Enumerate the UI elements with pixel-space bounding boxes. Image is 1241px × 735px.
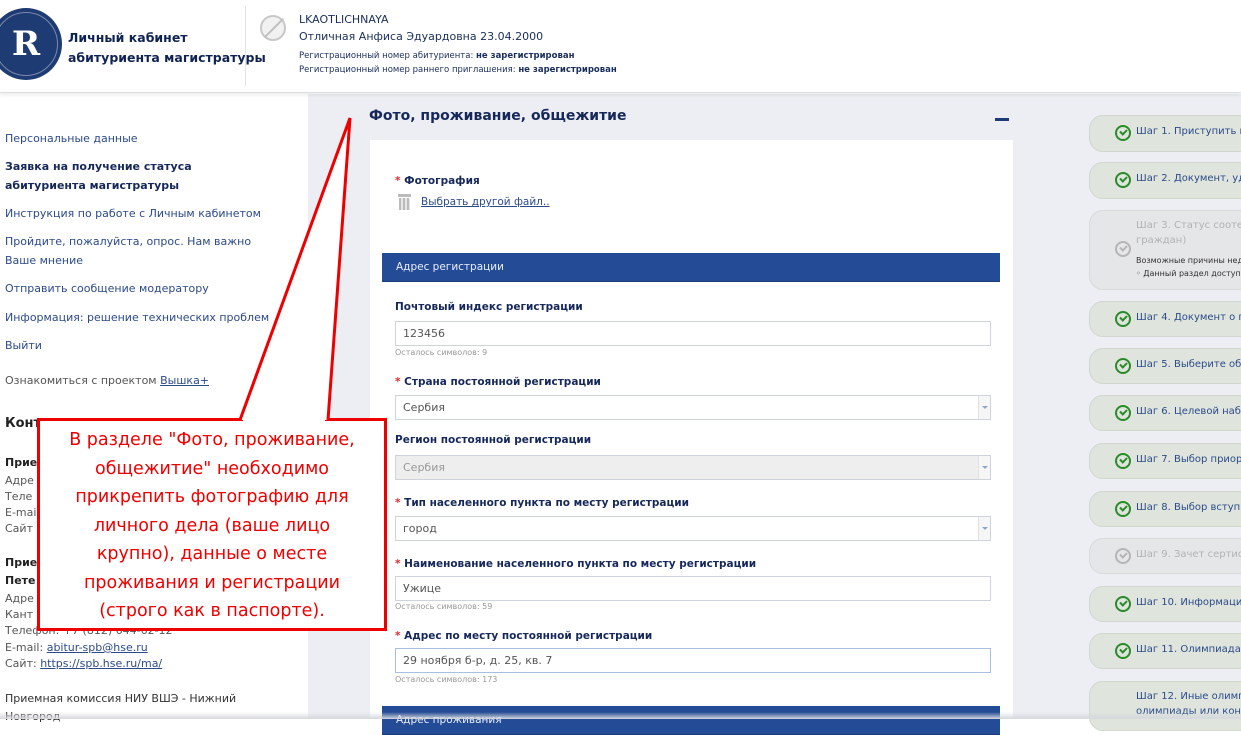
step-label-2: граждан) [1136, 235, 1186, 246]
photo-label: * Фотография [395, 175, 480, 187]
step-label: Шаг 3. Статус соотече [1136, 220, 1241, 231]
address-hint: Осталось символов: 173 [395, 675, 497, 684]
early-reg-value: не зарегистрирован [518, 65, 616, 75]
section-title[interactable]: Фото, проживание, общежитие [369, 108, 626, 124]
step-5[interactable]: Шаг 5. Выберите обра [1089, 348, 1241, 384]
required-mark: * [395, 630, 401, 642]
step-label: Шаг 5. Выберите обра [1136, 359, 1241, 370]
bottom-edge [0, 712, 1241, 719]
reg-number-label: Регистрационный номер абитуриента: [299, 51, 473, 61]
settlement-name-value: Ужице [403, 582, 441, 595]
header: R Личный кабинет абитуриента магистратур… [0, 0, 1241, 93]
contact-line: Кант [5, 608, 33, 621]
callout-line: проживания и регистрации [40, 569, 384, 598]
settlement-type-value: город [403, 522, 437, 535]
step-label: Шаг 9. Зачет сертифик [1136, 549, 1241, 560]
step-8[interactable]: Шаг 8. Выбор вступите [1089, 491, 1241, 527]
brand-title: Личный кабинет абитуриента магистратуры [68, 28, 266, 68]
step-10[interactable]: Шаг 10. Информация о [1089, 586, 1241, 622]
early-reg-label: Регистрационный номер раннего приглашени… [299, 65, 516, 75]
settlement-type-select[interactable]: город [395, 516, 991, 541]
postal-input[interactable]: 123456 [395, 321, 991, 346]
check-circle-icon [1115, 358, 1131, 374]
step-label: Шаг 2. Документ, удос [1136, 173, 1241, 184]
sidebar-item-instructions[interactable]: Инструкция по работе с Личным кабинетом [5, 204, 275, 223]
brand-line-1: Личный кабинет [68, 28, 266, 48]
header-divider [245, 6, 246, 86]
check-circle-icon [1115, 548, 1131, 564]
region-label: Регион постоянной регистрации [395, 434, 591, 446]
postal-value: 123456 [403, 327, 445, 340]
spb-site: Сайт: https://spb.hse.ru/ma/ [5, 657, 162, 670]
address-label: * Адрес по месту постоянной регистрации [395, 630, 652, 642]
sidebar-item-personal-data[interactable]: Персональные данные [5, 129, 275, 148]
country-select[interactable]: Сербия [395, 395, 991, 420]
spb-site-label: Сайт: [5, 657, 37, 670]
step-4[interactable]: Шаг 4. Документ о пр [1089, 301, 1241, 337]
contact-line: Пете [5, 574, 36, 587]
check-circle-icon [1115, 501, 1131, 517]
choose-file-link[interactable]: Выбрать другой файл.. [421, 196, 550, 208]
trash-lid [398, 194, 411, 197]
registration-address-band: Адрес регистрации [382, 253, 1000, 282]
reg-number: Регистрационный номер абитуриента: не за… [299, 51, 574, 61]
spb-site-link[interactable]: https://spb.hse.ru/ma/ [40, 657, 162, 670]
step-note-item: ◦ Данный раздел доступ [1136, 269, 1241, 278]
contacts-title: Конт [5, 416, 41, 431]
address-value: 29 ноября б-р, д. 25, кв. 7 [403, 654, 552, 667]
check-circle-icon [1115, 453, 1131, 469]
step-label: Шаг 10. Информация о [1136, 597, 1241, 608]
sidebar-item-logout[interactable]: Выйти [5, 336, 275, 355]
country-value: Сербия [403, 401, 445, 414]
callout-line: В разделе "Фото, проживание, [40, 426, 384, 455]
contact-line: Прие [5, 556, 37, 569]
callout-line: прикрепить фотографию для [40, 483, 384, 512]
step-1[interactable]: Шаг 1. Приступить к за [1089, 115, 1241, 152]
contact-line: Теле [5, 490, 32, 503]
step-label: Шаг 11. Олимпиада «В [1136, 644, 1241, 655]
address-label-text: Адрес по месту постоянной регистрации [404, 630, 652, 642]
address-input[interactable]: 29 ноября б-р, д. 25, кв. 7 [395, 648, 991, 673]
chevron-down-icon [978, 456, 990, 479]
callout-line: (строго как в паспорте). [40, 597, 384, 626]
step-2[interactable]: Шаг 2. Документ, удос [1089, 162, 1241, 199]
project-prefix: Ознакомиться с проектом [5, 374, 157, 387]
settlement-name-label-text: Наименование населенного пункта по месту… [404, 558, 756, 570]
nn-commission: Приемная комиссия НИУ ВШЭ - Нижний [5, 692, 236, 705]
project-promo: Ознакомиться с проектом Вышка+ [5, 374, 209, 387]
sidebar-item-survey[interactable]: Пройдите, пожалуйста, опрос. Нам важно В… [5, 232, 275, 270]
step-9: Шаг 9. Зачет сертифик [1089, 538, 1241, 574]
step-label: Шаг 12. Иные олимпиа [1136, 691, 1241, 702]
photo-label-text: Фотография [404, 175, 480, 187]
required-mark: * [395, 497, 401, 509]
contact-line: Прие [5, 456, 37, 469]
step-label: Шаг 1. Приступить к за [1136, 126, 1241, 137]
check-circle-icon [1115, 643, 1131, 659]
check-circle-icon [1115, 596, 1131, 612]
step-11[interactable]: Шаг 11. Олимпиада «В [1089, 633, 1241, 669]
contact-line: E-mai [5, 506, 36, 519]
settlement-name-hint: Осталось символов: 59 [395, 602, 492, 611]
reg-number-value: не зарегистрирован [476, 51, 574, 61]
settlement-type-label: * Тип населенного пункта по месту регист… [395, 497, 689, 509]
trash-body [399, 198, 410, 210]
step-label: Шаг 8. Выбор вступите [1136, 502, 1241, 513]
step-7[interactable]: Шаг 7. Выбор приорит [1089, 443, 1241, 479]
step-6[interactable]: Шаг 6. Целевой набор [1089, 395, 1241, 431]
logo-ring [0, 12, 58, 76]
callout-line: личного дела (ваше лицо [40, 512, 384, 541]
step-label: Шаг 6. Целевой набор [1136, 406, 1241, 417]
postal-label: Почтовый индекс регистрации [395, 301, 583, 313]
step-note: Возможные причины недо [1136, 256, 1241, 265]
step-label: Шаг 7. Выбор приорит [1136, 454, 1241, 465]
region-value: Сербия [403, 461, 445, 474]
callout-line: общежитие" необходимо [40, 455, 384, 484]
spb-email-label: E-mail: [5, 641, 43, 654]
brand-line-2: абитуриента магистратуры [68, 48, 266, 68]
check-circle-icon [1115, 241, 1131, 257]
region-select: Сербия [395, 455, 991, 480]
project-link[interactable]: Вышка+ [160, 374, 209, 387]
country-label: * Страна постоянной регистрации [395, 376, 601, 388]
contact-line: Сайт [5, 522, 33, 535]
required-mark: * [395, 175, 401, 187]
check-circle-icon [1115, 405, 1131, 421]
hse-logo[interactable]: R [0, 8, 62, 80]
callout-line: крупно), данные о месте [40, 540, 384, 569]
spb-email: E-mail: abitur-spb@hse.ru [5, 641, 148, 654]
postal-hint: Осталось символов: 9 [395, 348, 487, 357]
step-3: Шаг 3. Статус соотече граждан) Возможные… [1089, 210, 1241, 290]
contact-line: Адре [5, 474, 34, 487]
contact-line: Адре [5, 592, 34, 605]
check-circle-icon [1115, 311, 1131, 327]
early-reg-number: Регистрационный номер раннего приглашени… [299, 65, 617, 75]
sidebar-item-message-moderator[interactable]: Отправить сообщение модератору [5, 279, 275, 298]
settlement-name-label: * Наименование населенного пункта по мес… [395, 558, 756, 570]
collapse-section-button[interactable] [995, 118, 1009, 121]
step-label: Шаг 4. Документ о пр [1136, 312, 1241, 323]
check-circle-icon [1115, 172, 1131, 188]
chevron-down-icon[interactable] [978, 517, 990, 540]
check-circle-icon [1115, 125, 1131, 141]
user-login: LKAOTLICHNAYA [299, 13, 388, 26]
settlement-type-label-text: Тип населенного пункта по месту регистра… [404, 497, 689, 509]
trash-icon[interactable] [398, 194, 411, 210]
user-name: Отличная Анфиса Эдуардовна 23.04.2000 [299, 30, 543, 43]
settlement-name-input[interactable]: Ужице [395, 576, 991, 601]
required-mark: * [395, 558, 401, 570]
country-label-text: Страна постоянной регистрации [404, 376, 601, 388]
sidebar-item-application[interactable]: Заявка на получение статуса абитуриента … [5, 157, 275, 195]
sidebar-item-tech-info[interactable]: Информация: решение технических проблем [5, 308, 275, 327]
no-photo-icon [260, 15, 286, 41]
required-mark: * [395, 376, 401, 388]
step-note-item-text: Данный раздел доступ [1143, 269, 1240, 278]
chevron-down-icon[interactable] [978, 396, 990, 419]
spb-email-link[interactable]: abitur-spb@hse.ru [47, 641, 148, 654]
annotation-callout: В разделе "Фото, проживание, общежитие" … [37, 418, 387, 631]
